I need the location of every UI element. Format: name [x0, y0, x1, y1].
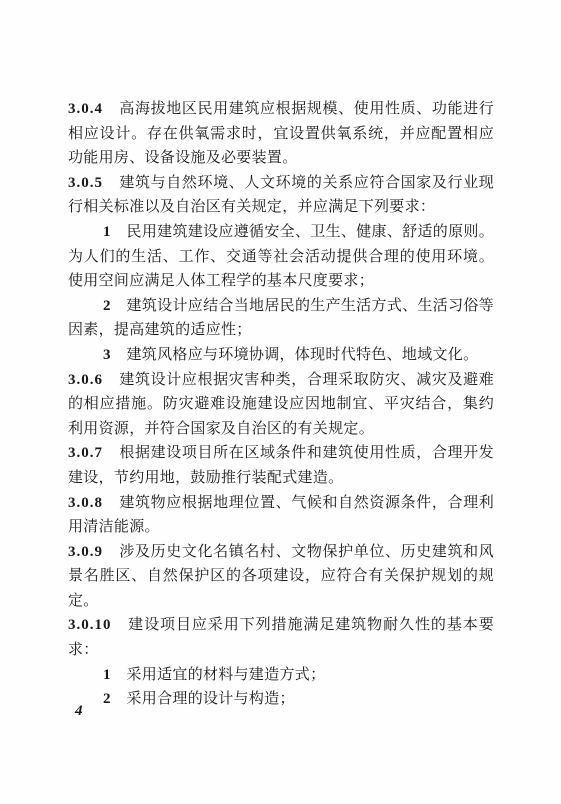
clause-paragraph: 1民用建筑建设应遵循安全、卫生、健康、舒适的原则。为人们的生活、工作、交通等社会…: [68, 220, 494, 294]
clause-paragraph: 3.0.6建筑设计应根据灾害种类，合理采取防灾、减灾及避难的相应措施。防灾避难设…: [68, 368, 494, 442]
clause-number: 2: [103, 691, 127, 707]
clause-text: 采用适宜的材料与建造方式；: [127, 667, 326, 683]
clause-text: 高海拔地区民用建筑应根据规模、使用性质、功能进行相应设计。存在供氧需求时，宜设置…: [68, 101, 494, 166]
clause-paragraph: 3.0.4高海拔地区民用建筑应根据规模、使用性质、功能进行相应设计。存在供氧需求…: [68, 97, 494, 171]
clause-number: 3.0.8: [68, 495, 119, 511]
clause-paragraph: 3建筑风格应与环境协调，体现时代特色、地域文化。: [68, 343, 494, 368]
clause-number: 3.0.6: [68, 372, 119, 388]
clause-paragraph: 3.0.8建筑物应根据地理位置、气候和自然资源条件，合理利用清洁能源。: [68, 491, 494, 540]
clause-text: 建筑与自然环境、人文环境的关系应符合国家及行业现行相关标准以及自治区有关规定，并…: [68, 175, 494, 216]
clause-text: 建筑设计应结合当地居民的生产生活方式、生活习俗等因素，提高建筑的适应性；: [68, 298, 494, 339]
page-number: 4: [75, 703, 83, 720]
clause-text: 涉及历史文化名镇名村、文物保护单位、历史建筑和风景名胜区、自然保护区的各项建设，…: [68, 544, 494, 609]
document-page: 3.0.4高海拔地区民用建筑应根据规模、使用性质、功能进行相应设计。存在供氧需求…: [0, 0, 561, 804]
clause-text: 采用合理的设计与构造；: [127, 691, 295, 707]
clause-paragraph: 3.0.10建设项目应采用下列措施满足建筑物耐久性的基本要求：: [68, 613, 494, 662]
clause-number: 3.0.9: [68, 544, 119, 560]
clause-number: 3.0.4: [68, 101, 119, 117]
clause-paragraph: 1采用适宜的材料与建造方式；: [68, 663, 494, 688]
clause-paragraph: 2采用合理的设计与构造；: [68, 687, 494, 712]
clause-text: 建筑设计应根据灾害种类，合理采取防灾、减灾及避难的相应措施。防灾避难设施建设应因…: [68, 372, 494, 437]
clause-number: 3: [103, 347, 127, 363]
clause-number: 1: [103, 224, 127, 240]
clause-text: 建设项目应采用下列措施满足建筑物耐久性的基本要求：: [68, 617, 494, 658]
clause-number: 1: [103, 667, 127, 683]
clause-number: 3.0.5: [68, 175, 119, 191]
clause-text: 建筑风格应与环境协调，体现时代特色、地域文化。: [127, 347, 479, 363]
clause-text: 建筑物应根据地理位置、气候和自然资源条件，合理利用清洁能源。: [68, 495, 494, 536]
clause-number: 2: [103, 298, 127, 314]
clause-text: 根据建设项目所在区域条件和建筑使用性质，合理开发建设，节约用地，鼓励推行装配式建…: [68, 445, 494, 486]
clause-number: 3.0.7: [68, 445, 119, 461]
clause-paragraph: 3.0.5建筑与自然环境、人文环境的关系应符合国家及行业现行相关标准以及自治区有…: [68, 171, 494, 220]
clause-paragraph: 2建筑设计应结合当地居民的生产生活方式、生活习俗等因素，提高建筑的适应性；: [68, 294, 494, 343]
clause-number: 3.0.10: [68, 617, 128, 633]
clause-paragraph: 3.0.9涉及历史文化名镇名村、文物保护单位、历史建筑和风景名胜区、自然保护区的…: [68, 540, 494, 614]
clause-text: 民用建筑建设应遵循安全、卫生、健康、舒适的原则。为人们的生活、工作、交通等社会活…: [68, 224, 494, 289]
text-block: 3.0.4高海拔地区民用建筑应根据规模、使用性质、功能进行相应设计。存在供氧需求…: [68, 97, 494, 712]
clause-paragraph: 3.0.7根据建设项目所在区域条件和建筑使用性质，合理开发建设，节约用地，鼓励推…: [68, 441, 494, 490]
